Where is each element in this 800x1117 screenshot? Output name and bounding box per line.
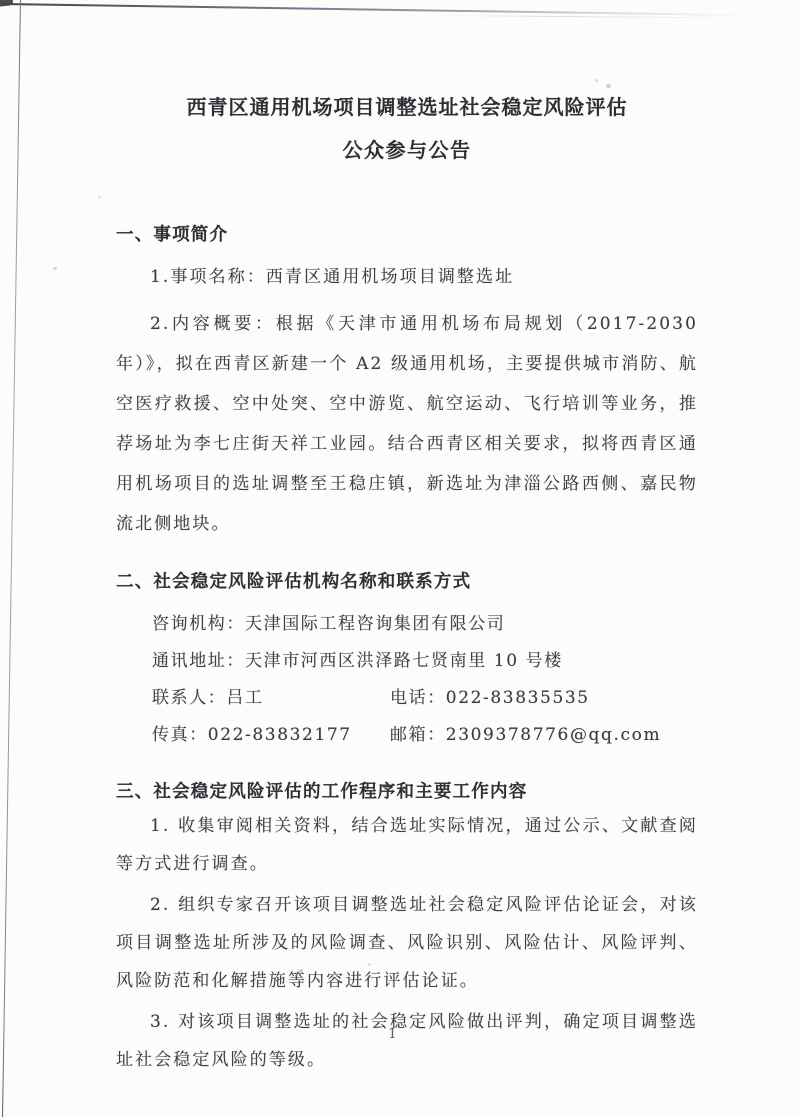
document-subtitle: 公众参与公告: [116, 129, 698, 171]
scan-speck: [98, 196, 101, 199]
section-overview: 一、事项简介 1.事项名称：西青区通用机场项目调整选址 2.内容概要：根据《天津…: [116, 223, 698, 544]
procedure-step-3: 3. 对该项目调整选址的社会稳定风险做出评判，确定项目调整选址社会稳定风险的等级…: [116, 1003, 698, 1079]
document-content: 西青区通用机场项目调整选址社会稳定风险评估 公众参与公告 一、事项简介 1.事项…: [116, 0, 698, 1079]
section-contact: 二、社会稳定风险评估机构名称和联系方式 咨询机构：天津国际工程咨询集团有限公司 …: [116, 570, 698, 754]
procedure-step-2: 2. 组织专家召开该项目调整选址社会稳定风险评估论证会，对该项目调整选址所涉及的…: [116, 886, 698, 1000]
contact-address-row: 通讯地址：天津市河西区洪泽路七贤南里 10 号楼: [152, 643, 698, 680]
contact-agency: 咨询机构：天津国际工程咨询集团有限公司: [152, 606, 505, 643]
section-overview-heading: 一、事项简介: [116, 223, 698, 247]
project-summary-paragraph: 2.内容概要：根据《天津市通用机场布局规划（2017-2030 年）》，拟在西青…: [116, 304, 698, 544]
document-title: 西青区通用机场项目调整选址社会稳定风险评估: [116, 0, 698, 129]
contact-person-phone-row: 联系人：吕工 电话：022-83835535: [152, 680, 698, 717]
contact-fax: 传真：022-83832177: [152, 717, 390, 754]
procedure-step-1: 1. 收集审阅相关资料，结合选址实际情况，通过公示、文献查阅等方式进行调查。: [116, 807, 698, 883]
project-name-paragraph: 1.事项名称：西青区通用机场项目调整选址: [116, 257, 698, 297]
section-procedure-heading: 三、社会稳定风险评估的工作程序和主要工作内容: [116, 780, 698, 804]
section-contact-heading: 二、社会稳定风险评估机构名称和联系方式: [116, 570, 698, 594]
section-procedure: 三、社会稳定风险评估的工作程序和主要工作内容 1. 收集审阅相关资料，结合选址实…: [116, 780, 698, 1079]
scanned-document-page: 西青区通用机场项目调整选址社会稳定风险评估 公众参与公告 一、事项简介 1.事项…: [0, 0, 800, 1117]
contact-agency-row: 咨询机构：天津国际工程咨询集团有限公司: [152, 606, 698, 643]
contact-block: 咨询机构：天津国际工程咨询集团有限公司 通讯地址：天津市河西区洪泽路七贤南里 1…: [116, 606, 698, 754]
scan-left-paper-edge: [1, 0, 20, 1117]
contact-email: 邮箱：2309378776@qq.com: [390, 717, 698, 754]
contact-fax-email-row: 传真：022-83832177 邮箱：2309378776@qq.com: [152, 717, 698, 754]
page-number: 1: [388, 1026, 397, 1042]
contact-phone: 电话：022-83835535: [390, 680, 698, 717]
contact-person: 联系人：吕工: [152, 680, 390, 717]
contact-address: 通讯地址：天津市河西区洪泽路七贤南里 10 号楼: [152, 643, 563, 680]
scan-speck: [53, 267, 57, 270]
